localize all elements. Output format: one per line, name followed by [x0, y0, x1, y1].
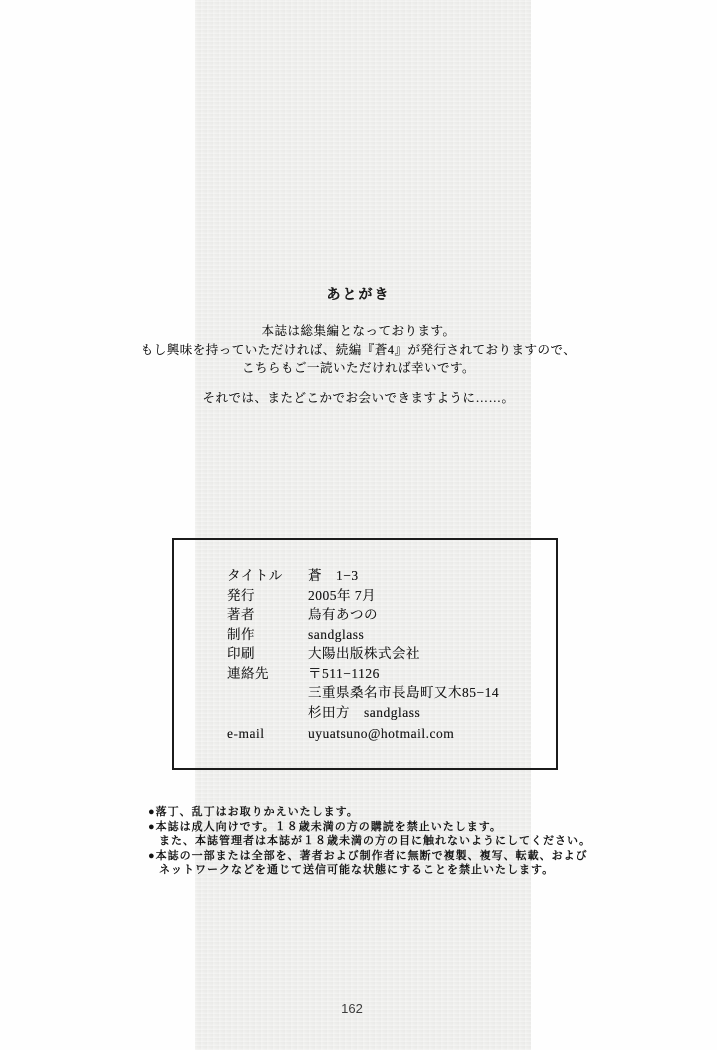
afterword-line: もし興味を持っていただければ、続編『蒼4』が発行されておりますので、: [0, 341, 717, 360]
colophon-label: 発行: [227, 586, 308, 606]
afterword-section: あとがき 本誌は総集編となっております。 もし興味を持っていただければ、続編『蒼…: [0, 288, 717, 407]
notice-line: ●本誌は成人向けです。１８歳未満の方の購読を禁止いたします。: [148, 820, 593, 835]
contact-address-line: 三重県桑名市長島町又木85−14: [308, 683, 546, 703]
colophon-value: 2005年 7月: [308, 586, 546, 606]
colophon-contact-address: 〒511−1126 三重県桑名市長島町又木85−14 杉田方 sandglass: [308, 664, 546, 723]
paper-texture-band: [195, 0, 531, 1050]
afterword-closing-line: それでは、またどこかでお会いできますように……。: [0, 389, 717, 408]
scanned-page: あとがき 本誌は総集編となっております。 もし興味を持っていただければ、続編『蒼…: [0, 0, 717, 1050]
colophon-label: 印刷: [227, 644, 308, 664]
notices-section: ●落丁、乱丁はお取りかえいたします。 ●本誌は成人向けです。１８歳未満の方の購読…: [148, 805, 593, 878]
colophon-row-contact: 連絡先 〒511−1126 三重県桑名市長島町又木85−14 杉田方 sandg…: [227, 664, 546, 723]
afterword-line: こちらもご一読いただければ幸いです。: [0, 359, 717, 378]
afterword-line: 本誌は総集編となっております。: [0, 322, 717, 341]
colophon-row-published: 発行 2005年 7月: [227, 586, 546, 606]
colophon-label: 制作: [227, 625, 308, 645]
page-number: 162: [331, 1000, 373, 1018]
colophon-box: タイトル 蒼 1−3 発行 2005年 7月 著者 烏有あつの 制作 sandg…: [172, 538, 558, 770]
colophon-row-author: 著者 烏有あつの: [227, 605, 546, 625]
colophon-value: 烏有あつの: [308, 605, 546, 625]
notice-line: ●落丁、乱丁はお取りかえいたします。: [148, 805, 593, 820]
colophon-value: 蒼 1−3: [308, 566, 546, 586]
colophon-row-title: タイトル 蒼 1−3: [227, 566, 546, 586]
contact-postal-code: 〒511−1126: [308, 664, 546, 684]
colophon-email-value: uyuatsuno@hotmail.com: [308, 724, 546, 744]
colophon-value: sandglass: [308, 625, 546, 645]
colophon-row-email: e-mail uyuatsuno@hotmail.com: [227, 724, 546, 744]
colophon-row-production: 制作 sandglass: [227, 625, 546, 645]
colophon-label: e-mail: [227, 724, 308, 744]
colophon-label: 著者: [227, 605, 308, 625]
notice-line: ●本誌の一部または全部を、著者および制作者に無断で複製、複写、転載、および: [148, 849, 593, 864]
colophon-row-printer: 印刷 大陽出版株式会社: [227, 644, 546, 664]
contact-address-line: 杉田方 sandglass: [308, 703, 546, 723]
colophon-value: 大陽出版株式会社: [308, 644, 546, 664]
notice-line-continuation: また、本誌管理者は本誌が１８歳未満の方の目に触れないようにしてください。: [148, 834, 593, 849]
afterword-title: あとがき: [0, 288, 717, 304]
notice-line-continuation: ネットワークなどを通じて送信可能な状態にすることを禁止いたします。: [148, 863, 593, 878]
colophon-label: 連絡先: [227, 664, 308, 723]
colophon-label: タイトル: [227, 566, 308, 586]
